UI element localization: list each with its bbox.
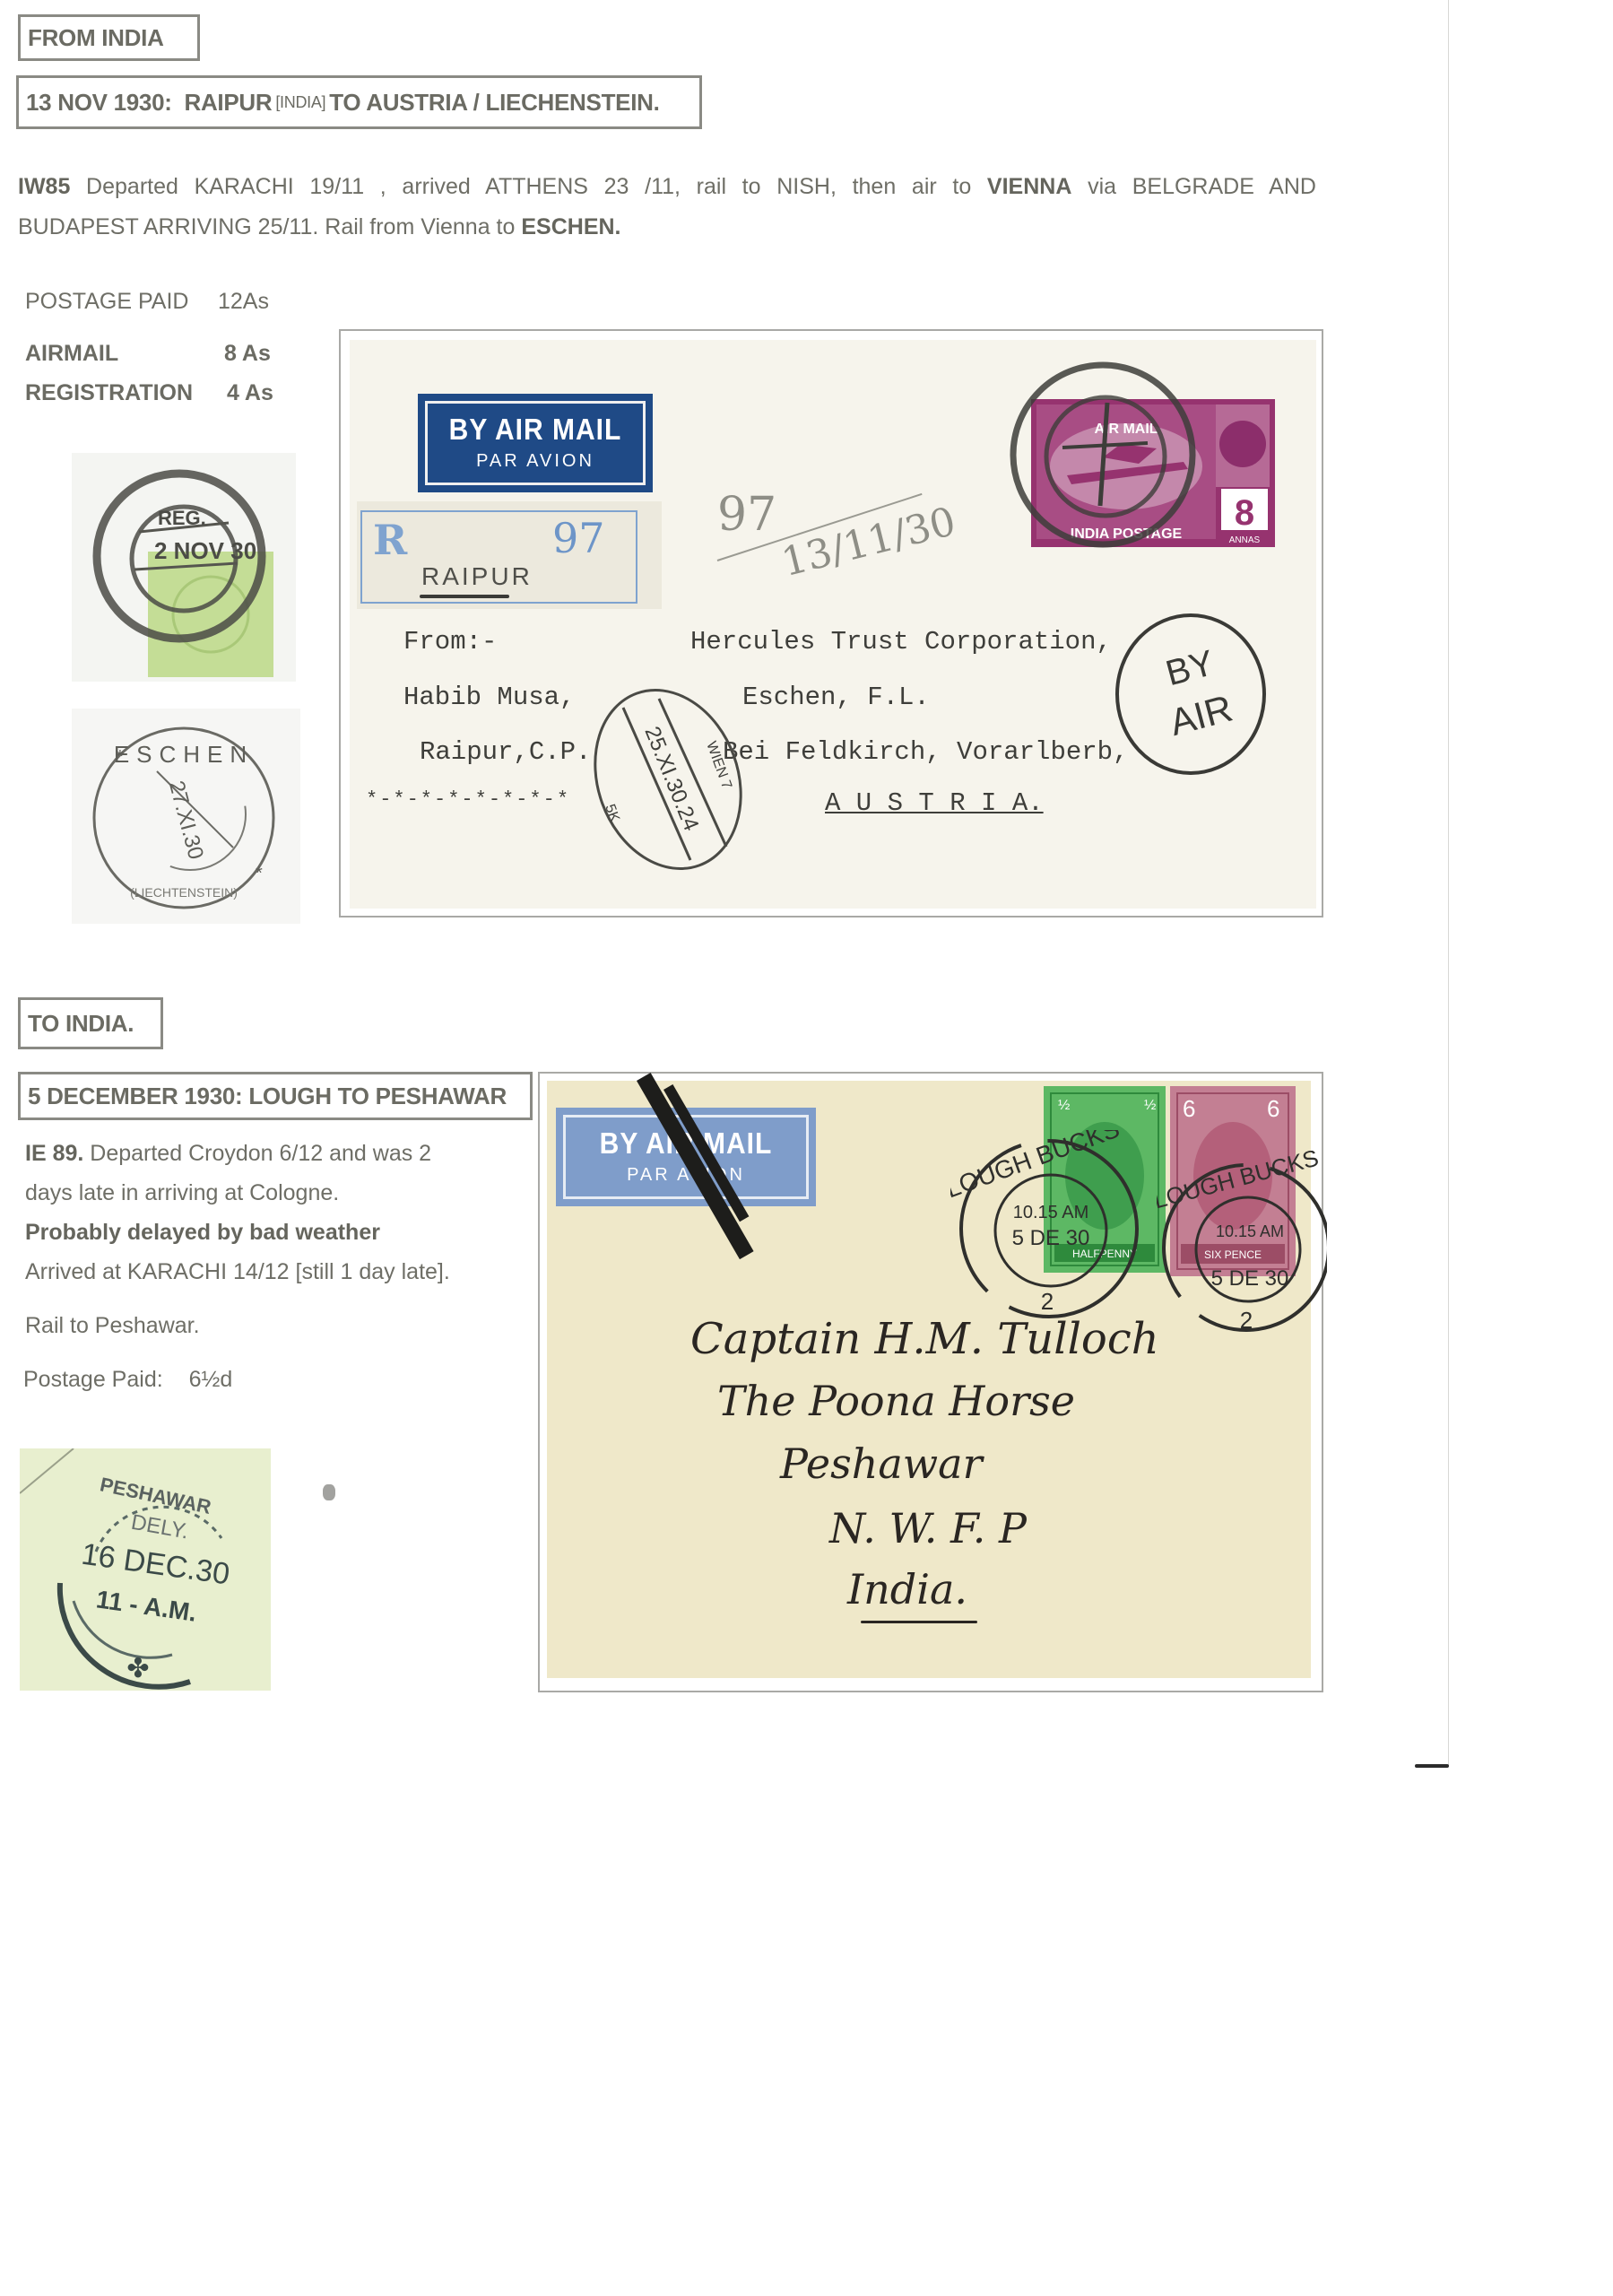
manuscript-note: 97 [717, 488, 776, 542]
address-line-1: Captain H.M. Tulloch [690, 1314, 1159, 1364]
cover-envelope-2: BY AIR MAIL PAR AVION ½ ½ HALFPENNY 6 [547, 1081, 1311, 1678]
svg-text:5 DE 30: 5 DE 30 [1012, 1226, 1090, 1250]
svg-text:*: * [117, 747, 124, 767]
cover-frame-1: BY AIR MAIL PAR AVION R 97 RAIPUR 97 13/… [339, 329, 1323, 918]
recipient-line-4: A U S T R I A. [825, 788, 1044, 818]
svg-text:6: 6 [1267, 1095, 1279, 1122]
reg-number: 97 [552, 514, 605, 562]
backstamp-eschen-image: ESCHEN 27.XI.30 (LIECHTENSTEIN) * * [72, 709, 300, 924]
postage-label: Postage Paid: [23, 1367, 163, 1392]
svg-text:5 DE 30: 5 DE 30 [1211, 1266, 1289, 1291]
postage-row-airmail: AIRMAIL 8 As [25, 341, 118, 367]
svg-text:6: 6 [1183, 1095, 1195, 1122]
svg-text:2: 2 [1041, 1288, 1054, 1315]
airmail-etiquette: BY AIR MAIL PAR AVION [418, 394, 653, 492]
sender-line-1: From:- [403, 627, 497, 657]
svg-text:ESCHEN: ESCHEN [114, 741, 254, 768]
description-line: IE 89. Departed Croydon 6/12 and was 2 [25, 1134, 527, 1173]
reg-town: RAIPUR [421, 562, 533, 591]
postage-row-total: POSTAGE PAID 12As [25, 289, 188, 315]
raipur-cancel-postmark-icon [1000, 349, 1206, 555]
corner-mark [1415, 1764, 1449, 1768]
sender-line-3: Raipur,C.P. [420, 737, 591, 767]
recipient-line-3: Bei Feldkirch, Vorarlberb, [723, 737, 1128, 767]
slough-postmark-2-icon: SLOUGH BUCKS 10.15 AM 5 DE 30 2 [1157, 1151, 1327, 1344]
postage-label: REGISTRATION [25, 380, 193, 405]
postage-value: 8 As [224, 341, 271, 367]
heading-text: FROM INDIA [28, 24, 164, 52]
cover-title-2: 5 DECEMBER 1930: LOUGH TO PESHAWAR [18, 1072, 533, 1120]
peshawar-postmark-icon: PESHAWAR DELY. 16 DEC.30 11 - A.M. ✤ [20, 1448, 271, 1691]
heading-text: TO INDIA. [28, 1010, 134, 1038]
svg-text:2: 2 [1240, 1307, 1253, 1334]
svg-text:16 DEC.30: 16 DEC.30 [80, 1537, 232, 1592]
sender-rule: *-*-*-*-*-*-*-* [366, 788, 570, 811]
svg-text:PESHAWAR: PESHAWAR [98, 1473, 212, 1518]
svg-text:BY: BY [1162, 643, 1218, 693]
description-line: Probably delayed by bad weather [25, 1213, 527, 1252]
reg-underline [420, 595, 509, 598]
svg-text:27.XI.30: 27.XI.30 [164, 778, 208, 862]
address-line-2: The Poona Horse [717, 1377, 1075, 1425]
cover-envelope-1: BY AIR MAIL PAR AVION R 97 RAIPUR 97 13/… [350, 340, 1316, 909]
slough-postmark-icon: SLOUGH BUCKS 10.15 AM 5 DE 30 2 [950, 1130, 1148, 1327]
smudge-mark [323, 1484, 335, 1500]
description-text: Arrived at KARACHI 14/12 [still 1 day la… [25, 1259, 450, 1284]
airmail-label-line2: PAR AVION [476, 451, 594, 472]
svg-text:8: 8 [1235, 493, 1254, 533]
address-underline [861, 1621, 977, 1623]
section-heading-from-india: FROM INDIA [18, 14, 200, 61]
flight-code: IE 89. [25, 1141, 83, 1166]
title-origin: RAIPUR [184, 89, 272, 117]
description-text: days late in arriving at Cologne. [25, 1180, 339, 1205]
svg-text:5K: 5K [602, 803, 622, 825]
wien-transit-postmark-icon: 25.XI.30.24 WIEN 7 5K [592, 681, 749, 878]
note-top: 97 [717, 488, 776, 542]
flight-code: IW85 [18, 174, 70, 199]
flight-description-1: IW85 Departed KARACHI 19/11 , arrived AT… [18, 167, 1316, 248]
registration-label: R 97 RAIPUR [357, 501, 662, 609]
svg-text:2 NOV 30: 2 NOV 30 [154, 537, 256, 564]
address-line-3: Peshawar [780, 1439, 983, 1488]
postage-value: 12As [218, 289, 269, 315]
svg-text:10.15 AM: 10.15 AM [1013, 1203, 1089, 1222]
svg-text:10.15 AM: 10.15 AM [1216, 1222, 1284, 1240]
svg-text:*: * [256, 864, 263, 883]
airmail-label-line1: BY AIR MAIL [449, 413, 622, 447]
description-text-a: Departed KARACHI 19/11 , arrived ATTHENS… [86, 174, 971, 199]
postage-value: 4 As [227, 380, 273, 406]
svg-text:11 - A.M.: 11 - A.M. [94, 1585, 198, 1626]
title-date: 13 NOV 1930: [26, 89, 172, 117]
recipient-line-2: Eschen, F.L. [742, 683, 930, 712]
svg-text:½: ½ [1058, 1098, 1070, 1113]
postage-label: POSTAGE PAID [25, 289, 188, 314]
raipur-postmark-icon: REG. 2 NOV 30 [72, 453, 296, 682]
description-bold-eschen: ESCHEN. [521, 214, 620, 239]
address-line-4: N. W. F. P [829, 1504, 1027, 1552]
description-text-c: BUDAPEST ARRIVING 25/11. Rail from Vienn… [18, 214, 515, 239]
page-edge-line [1448, 0, 1449, 1767]
cover-frame-2: BY AIR MAIL PAR AVION ½ ½ HALFPENNY 6 [538, 1072, 1323, 1692]
description-bold-vienna: VIENNA [987, 174, 1071, 199]
backstamp-raipur-image: REG. 2 NOV 30 [72, 453, 296, 682]
reg-letter: R [373, 516, 407, 564]
by-air-cachet-icon: BY AIR [1110, 609, 1271, 779]
section-heading-to-india: TO INDIA. [18, 997, 163, 1049]
svg-text:✤: ✤ [126, 1654, 149, 1683]
postage-row-registration: REGISTRATION 4 As [25, 380, 193, 406]
svg-text:½: ½ [1144, 1098, 1156, 1113]
svg-text:REG.: REG. [158, 507, 206, 529]
svg-text:(LIECHTENSTEIN): (LIECHTENSTEIN) [130, 885, 238, 900]
description-text-b: via BELGRADE AND [1088, 174, 1316, 199]
description-line: Arrived at KARACHI 14/12 [still 1 day la… [25, 1252, 527, 1291]
title-destination: TO AUSTRIA / LIECHENSTEIN. [329, 89, 659, 117]
recipient-line-1: Hercules Trust Corporation, [690, 627, 1112, 657]
svg-text:ANNAS: ANNAS [1229, 535, 1261, 545]
eschen-postmark-icon: ESCHEN 27.XI.30 (LIECHTENSTEIN) * * [72, 709, 300, 924]
description-line-2: BUDAPEST ARRIVING 25/11. Rail from Vienn… [18, 214, 621, 239]
postage-value: 6½d [189, 1367, 233, 1392]
backstamp-peshawar-image: PESHAWAR DELY. 16 DEC.30 11 - A.M. ✤ [20, 1448, 271, 1691]
description-bold-delay: Probably delayed by bad weather [25, 1220, 380, 1245]
description-line-1: IW85 Departed KARACHI 19/11 , arrived AT… [18, 167, 1316, 207]
svg-text:AIR: AIR [1166, 687, 1237, 744]
postage-label: AIRMAIL [25, 341, 118, 366]
description-text: Departed Croydon 6/12 and was 2 [83, 1141, 431, 1166]
address-line-5: India. [847, 1565, 967, 1613]
rail-note: Rail to Peshawar. [25, 1306, 200, 1346]
flight-description-2: IE 89. Departed Croydon 6/12 and was 2 d… [25, 1134, 527, 1291]
svg-text:DELY.: DELY. [129, 1510, 190, 1544]
title-text: 5 DECEMBER 1930: LOUGH TO PESHAWAR [28, 1083, 507, 1110]
cover-title-1: 13 NOV 1930: RAIPUR [INDIA] TO AUSTRIA /… [16, 75, 702, 129]
sender-line-2: Habib Musa, [403, 683, 575, 712]
svg-text:SLOUGH BUCKS: SLOUGH BUCKS [950, 1130, 1123, 1209]
postage-paid-2: Postage Paid: 6½d [23, 1367, 232, 1393]
title-origin-note: [INDIA] [275, 93, 325, 112]
description-line: days late in arriving at Cologne. [25, 1173, 527, 1213]
